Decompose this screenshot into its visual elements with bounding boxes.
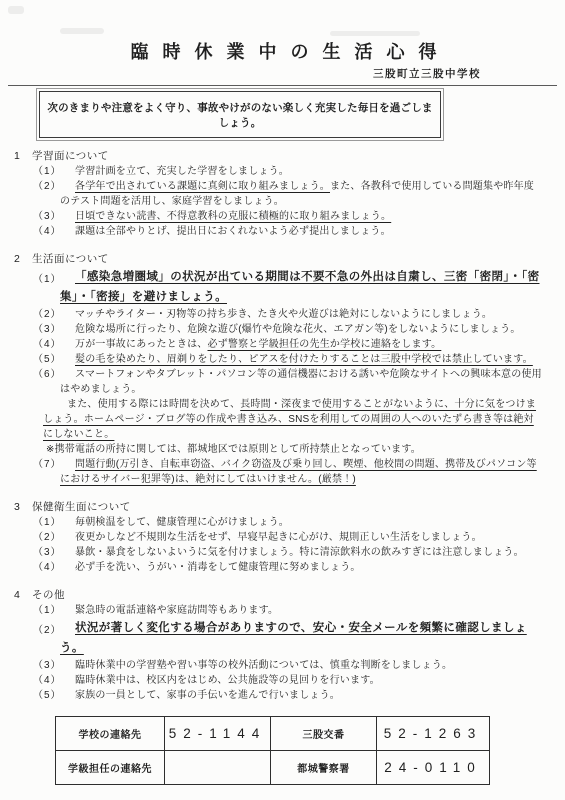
item-label: （1） <box>33 270 62 290</box>
item-1-2: （2）各学年で出されている課題に真剣に取り組みましょう。また、各教科で使用してい… <box>60 179 543 209</box>
item-2-5: （5）髪の毛を染めたり、眉剃りをしたり、ピアスを付けたりすることは三股中学校では… <box>60 352 543 367</box>
item-label: （1） <box>33 603 62 618</box>
item-label: （2） <box>33 307 62 322</box>
item-2-7: （7）問題行動(万引き、自転車窃盗、バイク窃盗及び乗り回し、喫煙、他校間の問題、… <box>60 457 543 487</box>
notice-box: 次のきまりや注意をよく守り、事故やけがのない楽しく充実した毎日を過ごしましょう。 <box>39 91 441 138</box>
item-label: （2） <box>33 179 62 194</box>
contact-label-koban: 三股交番 <box>271 717 377 751</box>
item-4-1: （1）緊急時の電話連絡や家庭訪問等もあります。 <box>60 603 543 618</box>
item-2-4: （4）万が一事故にあったときは、必ず警察と学級担任の先生か学校に連絡をします。 <box>60 337 543 352</box>
item-3-4: （4）必ず手を洗い、うがい・消毒をして健康管理に努めましょう。 <box>60 560 543 575</box>
section-other: 4その他 （1）緊急時の電話連絡や家庭訪問等もあります。 （2）状況が著しく変化… <box>0 588 543 703</box>
item-text-emphasized: 状況が著しく変化する場合がありますので、安心・安全メールを頻繁に確認しましょう。 <box>60 622 527 654</box>
scan-artifact <box>330 31 420 36</box>
item-text: 毎朝検温をして、健康管理に心がけましょう。 <box>75 517 289 528</box>
contact-phone-teacher <box>165 751 271 785</box>
scan-artifact <box>60 28 104 34</box>
item-label: （3） <box>33 545 62 560</box>
item-3-1: （1）毎朝検温をして、健康管理に心がけましょう。 <box>60 515 543 530</box>
item-label: （4） <box>33 224 62 239</box>
school-name: 三股町立三股中学校 <box>0 68 565 81</box>
item-label: （5） <box>33 352 62 367</box>
item-label: （4） <box>33 560 62 575</box>
contact-phone-school: 52-1144 <box>165 717 271 751</box>
contact-phone-police: 24-0110 <box>377 751 490 785</box>
item-label: （1） <box>33 164 62 179</box>
item-2-3: （3）危険な場所に行ったり、危険な遊び(爆竹や危険な花火、エアガン等)をしないよ… <box>60 322 543 337</box>
item-text: 家族の一員として、家事の手伝いを進んで行いましょう。 <box>75 690 340 701</box>
item-2-6-note: ※携帯電話の所持に関しては、都城地区では原則として所持禁止となっています。 <box>46 442 543 457</box>
item-1-1: （1）学習計画を立て、充実した学習をしましょう。 <box>60 164 543 179</box>
item-3-3: （3）暴飲・暴食をしないよいうに気を付けましょう。特に清涼飲料水の飲みすぎには注… <box>60 545 543 560</box>
item-3-2: （2）夜更かしなど不規則な生活をせず、早寝早起きに心がけ、規則正しい生活をしまし… <box>60 530 543 545</box>
item-label: （6） <box>33 367 62 382</box>
item-text: 危険な場所に行ったり、危険な遊び(爆竹や危険な花火、エアガン等)をしないようにし… <box>75 324 521 335</box>
item-text: 臨時休業中は、校区内をはじめ、公共施設等の見回りを行います。 <box>75 675 380 686</box>
section-number: 4 <box>14 588 32 603</box>
contact-label-school: 学校の連絡先 <box>56 717 165 751</box>
item-text: 暴飲・暴食をしないよいうに気を付けましょう。特に清涼飲料水の飲みすぎには注意しま… <box>75 547 524 558</box>
section-heading: 1学習面について <box>14 149 543 164</box>
section-number: 2 <box>14 252 32 267</box>
notice-text: 次のきまりや注意をよく守り、事故やけがのない楽しく充実した毎日を過ごしましょう。 <box>47 102 432 129</box>
document-title: 臨時休業中の生活心得 <box>0 40 565 64</box>
item-2-6-continued: また、使用する際には時間を決めて、長時間・深夜まで使用することがないように、十分… <box>43 397 543 442</box>
item-label: （2） <box>33 530 62 545</box>
item-text: スマートフォンやタブレット・パソコン等の通信機器における誘いや危険なサイトへの興… <box>60 369 542 395</box>
item-text-underlined: 日頃できない読書、不得意教科の克服に積極的に取り組みましょう。 <box>75 211 391 222</box>
item-4-3: （3）臨時休業中の学習塾や習い事等の校外活動については、慎重な判断をしましょう。 <box>60 658 543 673</box>
item-label: （5） <box>33 688 62 703</box>
section-title: 保健衛生面について <box>32 501 131 513</box>
item-text: 学習計画を立て、充実した学習をしましょう。 <box>75 166 289 177</box>
section-heading: 4その他 <box>14 588 543 603</box>
item-text-underlined: 必ず警察と学級担任の先生か学校に連絡をします。 <box>208 339 442 350</box>
item-label: （1） <box>33 515 62 530</box>
contact-table: 学校の連絡先 52-1144 三股交番 52-1263 学級担任の連絡先 都城警… <box>55 716 490 785</box>
section-number: 3 <box>14 500 32 515</box>
item-text-underlined: 髪の毛を染めたり、眉剃りをしたり、ピアスを付けたりすることは三股中学校では禁止し… <box>75 354 533 365</box>
item-2-2: （2）マッチやライター・刃物等の持ち歩き、たき火や火遊びは絶対にしないようにしま… <box>60 307 543 322</box>
item-text: 緊急時の電話連絡や家庭訪問等もあります。 <box>75 605 278 616</box>
table-row: 学校の連絡先 52-1144 三股交番 52-1263 <box>56 717 490 751</box>
item-2-1: （1）「感染急増圏域」の状況が出ている期間は不要不急の外出は自粛し、三密「密閉」… <box>60 267 543 307</box>
section-heading: 3保健衛生面について <box>14 500 543 515</box>
contact-label-teacher: 学級担任の連絡先 <box>56 751 165 785</box>
item-text: 万が一事故にあったときは、 <box>75 339 208 350</box>
item-text-underlined: 問題行動(万引き、自転車窃盗、バイク窃盗及び乗り回し、喫煙、他校間の問題、携帯及… <box>60 459 537 485</box>
item-label: （4） <box>33 673 62 688</box>
item-label: （3） <box>33 322 62 337</box>
item-label: （7） <box>33 457 62 472</box>
item-1-3: （3）日頃できない読書、不得意教科の克服に積極的に取り組みましょう。 <box>60 209 543 224</box>
item-text: 夜更かしなど不規則な生活をせず、早寝早起きに心がけ、規則正しい生活をしましょう。 <box>75 532 482 543</box>
item-text: 臨時休業中の学習塾や習い事等の校外活動については、慎重な判断をしましょう。 <box>75 660 452 671</box>
item-4-5: （5）家族の一員として、家事の手伝いを進んで行いましょう。 <box>60 688 543 703</box>
section-health: 3保健衛生面について （1）毎朝検温をして、健康管理に心がけましょう。 （2）夜… <box>0 500 543 575</box>
item-text: マッチやライター・刃物等の持ち歩き、たき火や火遊びは絶対にしないようにしましょう… <box>75 309 492 320</box>
item-text: また、使用する際には時間を決めて、 <box>67 399 240 410</box>
item-text: 課題は全部やりとげ、提出日におくれないよう必ず提出しましょう。 <box>75 226 391 237</box>
scanned-document-page: 臨時休業中の生活心得 三股町立三股中学校 次のきまりや注意をよく守り、事故やけが… <box>0 0 565 800</box>
table-row: 学級担任の連絡先 都城警察署 24-0110 <box>56 751 490 785</box>
item-4-2: （2）状況が著しく変化する場合がありますので、安心・安全メールを頻繁に確認しまし… <box>60 618 543 658</box>
contact-phone-koban: 52-1263 <box>377 717 490 751</box>
item-4-4: （4）臨時休業中は、校区内をはじめ、公共施設等の見回りを行います。 <box>60 673 543 688</box>
item-text-underlined: 各学年で出されている課題に真剣に取り組みましょう。 <box>75 181 330 192</box>
section-study: 1学習面について （1）学習計画を立て、充実した学習をしましょう。 （2）各学年… <box>0 149 543 239</box>
section-title: 生活面について <box>32 253 109 265</box>
item-label: （3） <box>33 658 62 673</box>
item-label: （4） <box>33 337 62 352</box>
section-title: その他 <box>32 589 65 601</box>
section-heading: 2生活面について <box>14 252 543 267</box>
scan-artifact <box>8 6 24 14</box>
section-number: 1 <box>14 149 32 164</box>
section-daily-life: 2生活面について （1）「感染急増圏域」の状況が出ている期間は不要不急の外出は自… <box>0 252 543 487</box>
section-title: 学習面について <box>32 150 109 162</box>
note-text: ※携帯電話の所持に関しては、都城地区では原則として所持禁止となっています。 <box>46 444 421 455</box>
item-label: （2） <box>33 621 62 641</box>
contact-label-police: 都城警察署 <box>271 751 377 785</box>
item-2-6: （6）スマートフォンやタブレット・パソコン等の通信機器における誘いや危険なサイト… <box>60 367 543 397</box>
item-text-emphasized: 「感染急増圏域」の状況が出ている期間は不要不急の外出は自粛し、三密「密閉」・「密… <box>60 271 540 303</box>
item-text: 必ず手を洗い、うがい・消毒をして健康管理に努めましょう。 <box>75 562 361 573</box>
item-1-4: （4）課題は全部やりとげ、提出日におくれないよう必ず提出しましょう。 <box>60 224 543 239</box>
item-label: （3） <box>33 209 62 224</box>
header-rule <box>8 85 557 86</box>
